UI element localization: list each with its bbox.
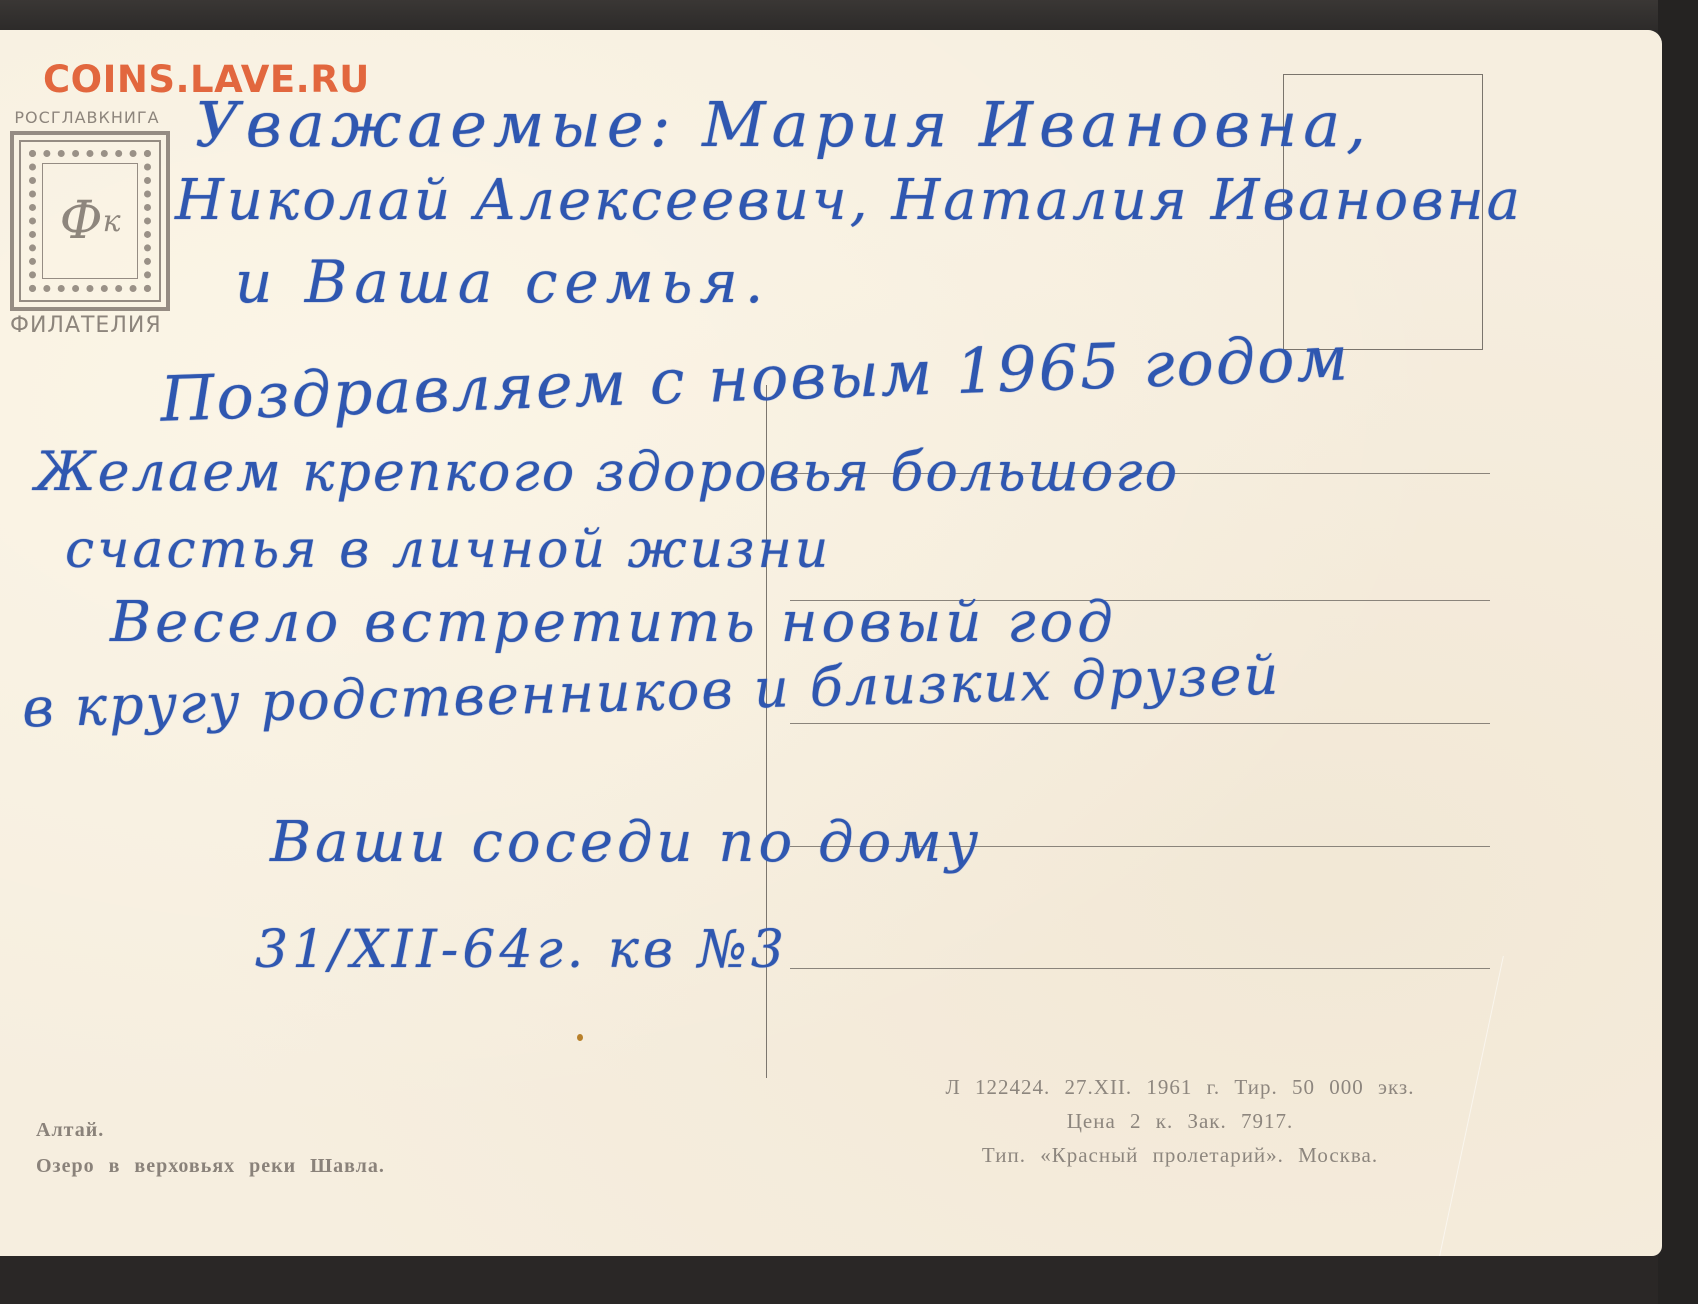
imprint-line-2: Цена 2 к. Зак. 7917. <box>820 1104 1540 1138</box>
ink-stain <box>577 1034 583 1041</box>
handwritten-wishes-line-3: Весело встретить новый год <box>110 590 1117 655</box>
photo-caption: Алтай. Озеро в верховьях реки Шавла. <box>36 1112 385 1184</box>
dark-backdrop-top <box>0 0 1698 34</box>
imprint-line-3: Тип. «Красный пролетарий». Москва. <box>820 1138 1540 1172</box>
handwritten-date-apartment: 31/XII-64г. кв №3 <box>255 920 788 980</box>
caption-line-2: Озеро в верховьях реки Шавла. <box>36 1148 385 1184</box>
dark-backdrop-right <box>1658 0 1698 1304</box>
handwritten-signature: Ваши соседи по дому <box>270 810 982 875</box>
handwritten-congrats-line: Поздравляем с новым 1965 годом <box>159 321 1351 435</box>
handwritten-names-line: Николай Алексеевич, Наталия Ивановна <box>175 168 1523 233</box>
publisher-logo: РОСГЛАВКНИГА Фк ФИЛАТЕЛИЯ <box>2 108 178 338</box>
address-line <box>790 968 1490 969</box>
logo-top-text: РОСГЛАВКНИГА <box>2 108 172 127</box>
handwritten-wishes-line-4: в кругу родственников и близких друзей <box>21 644 1281 740</box>
monogram-icon: Фк <box>42 163 138 279</box>
handwritten-greeting-line: Уважаемые: Мария Ивановна, <box>195 88 1372 161</box>
imprint-line-1: Л 122424. 27.XII. 1961 г. Тир. 50 000 эк… <box>820 1070 1540 1104</box>
caption-line-1: Алтай. <box>36 1112 385 1148</box>
monogram-main: Ф <box>59 191 102 251</box>
printer-imprint: Л 122424. 27.XII. 1961 г. Тир. 50 000 эк… <box>820 1070 1540 1172</box>
handwritten-family-line: и Ваша семья. <box>235 248 770 316</box>
postcard-back: COINS.LAVE.RU РОСГЛАВКНИГА Фк ФИЛАТЕЛИЯ … <box>0 30 1662 1256</box>
monogram-sub: к <box>103 204 121 239</box>
address-line <box>790 723 1490 724</box>
logo-bottom-text: ФИЛАТЕЛИЯ <box>2 313 178 338</box>
stamp-frame-icon: Фк <box>10 131 170 311</box>
stamp-frame-inner: Фк <box>19 140 161 302</box>
stamp-perforation-icon: Фк <box>29 150 151 292</box>
handwritten-wishes-line-2: счастья в личной жизни <box>65 520 831 580</box>
handwritten-wishes-line-1: Желаем крепкого здоровья большого <box>35 440 1179 503</box>
